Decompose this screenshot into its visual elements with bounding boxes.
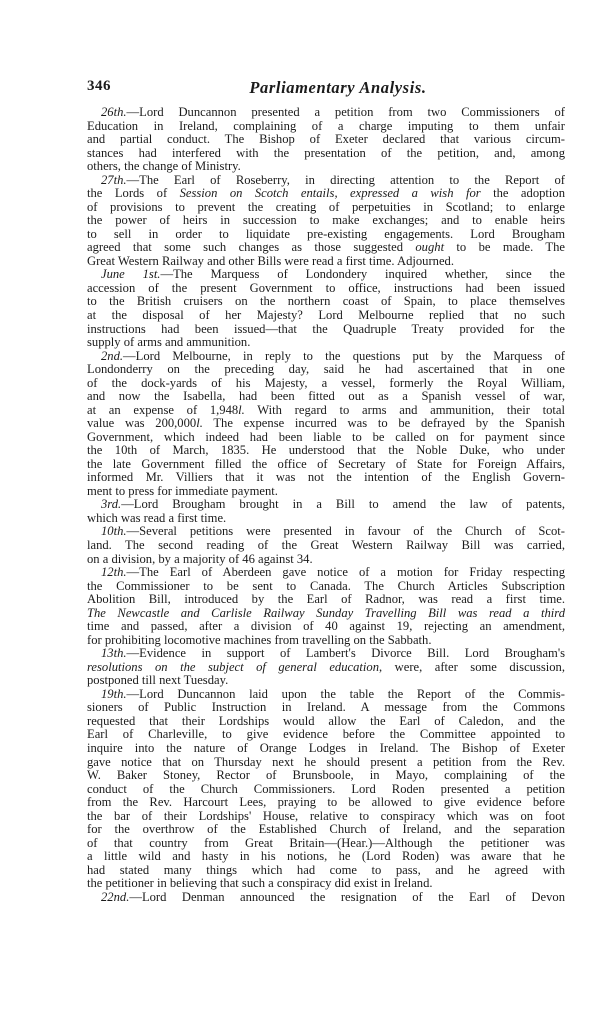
paragraph-line: The Newcastle and Carlisle Railway Sunda… — [87, 607, 565, 621]
text-segment: postponed till next Tuesday. — [87, 673, 228, 687]
text-segment: —Lord Duncannon laid upon the table the … — [127, 687, 565, 701]
running-title: Parliamentary Analysis. — [87, 78, 565, 98]
text-segment: Session on Scotch entails, expressed a w… — [180, 186, 481, 200]
paragraph-line: of that country from Great Britain—(Hear… — [87, 837, 565, 851]
text-segment: W. Baker Stoney, Rector of Brunsboole, i… — [87, 768, 565, 782]
paragraph-line: to sell in order to liquidate pre-existi… — [87, 228, 565, 242]
paragraph-entry: June 1st.—The Marquess of Londondery inq… — [87, 268, 565, 349]
paragraph-line: Great Western Railway and other Bills we… — [87, 255, 565, 269]
text-segment: the adoption — [481, 186, 565, 200]
paragraph-entry: 13th.—Evidence in support of Lambert's D… — [87, 647, 565, 688]
paragraph-line: ment to press for immediate payment. — [87, 485, 565, 499]
text-segment: gave notice that on Thursday next he sho… — [87, 755, 565, 769]
entry-date: 26th. — [101, 105, 127, 119]
text-segment: to be made. The — [444, 240, 565, 254]
text-segment: of the dock-yards of his Majesty, a vess… — [87, 376, 565, 390]
text-segment: The Newcastle and Carlisle Railway Sunda… — [87, 606, 565, 620]
text-segment: the power of heirs in succession to make… — [87, 213, 565, 227]
paragraph-line: and now the Isabella, had been fitted ou… — [87, 390, 565, 404]
text-segment: conduct of the Church Commissioners. Lor… — [87, 782, 565, 796]
text-segment: Government, which indeed had been liable… — [87, 430, 565, 444]
paragraph-line: informed Mr. Villiers that it was not th… — [87, 471, 565, 485]
paragraph-line: the late Government filled the office of… — [87, 458, 565, 472]
entry-date: 27th. — [101, 173, 127, 187]
text-segment: stances had interfered with the presenta… — [87, 146, 565, 160]
document-page: 346 Parliamentary Analysis. 26th.—Lord D… — [0, 0, 591, 1024]
paragraph-line: which was read a first time. — [87, 512, 565, 526]
entry-date: 13th. — [101, 646, 127, 660]
paragraph-first-line: 10th.—Several petitions were presented i… — [87, 525, 565, 539]
paragraph-line: resolutions on the subject of general ed… — [87, 661, 565, 675]
text-segment: of provisions to prevent the creating of… — [87, 200, 565, 214]
text-segment: —The Marquess of Londondery inquired whe… — [160, 267, 565, 281]
paragraph-line: for prohibiting locomotive machines from… — [87, 634, 565, 648]
paragraph-first-line: 19th.—Lord Duncannon laid upon the table… — [87, 688, 565, 702]
text-segment: value was 200,000 — [87, 416, 196, 430]
paragraph-line: postponed till next Tuesday. — [87, 674, 565, 688]
paragraph-line: conduct of the Church Commissioners. Lor… — [87, 783, 565, 797]
text-segment: The expense incurred was to be defrayed … — [203, 416, 565, 430]
body-text: 26th.—Lord Duncannon presented a petitio… — [87, 106, 565, 904]
text-segment: resolutions on the subject of general ed… — [87, 660, 379, 674]
paragraph-line: the power of heirs in succession to make… — [87, 214, 565, 228]
paragraph-first-line: 12th.—The Earl of Aberdeen gave notice o… — [87, 566, 565, 580]
text-segment: the late Government filled the office of… — [87, 457, 565, 471]
entry-date: 19th. — [101, 687, 127, 701]
entry-date: June 1st. — [101, 267, 160, 281]
text-segment: had stated many things which had come to… — [87, 863, 565, 877]
text-segment: for the overthrow of the Established Chu… — [87, 822, 565, 836]
paragraph-line: supply of arms and ammunition. — [87, 336, 565, 350]
paragraph-entry: 27th.—The Earl of Roseberry, in directin… — [87, 174, 565, 269]
text-segment: supply of arms and ammunition. — [87, 335, 250, 349]
paragraph-line: from the Rev. Harcourt Lees, praying to … — [87, 796, 565, 810]
paragraph-first-line: 13th.—Evidence in support of Lambert's D… — [87, 647, 565, 661]
text-segment: —Lord Melbourne, in reply to the questio… — [123, 349, 565, 363]
paragraph-line: for the overthrow of the Established Chu… — [87, 823, 565, 837]
paragraph-first-line: 2nd.—Lord Melbourne, in reply to the que… — [87, 350, 565, 364]
text-segment: the petitioner in believing that such a … — [87, 876, 433, 890]
paragraph-first-line: 22nd.—Lord Denman announced the resignat… — [87, 891, 565, 905]
paragraph-entry: 22nd.—Lord Denman announced the resignat… — [87, 891, 565, 905]
text-segment: agreed that some such changes as those s… — [87, 240, 415, 254]
text-segment: —The Earl of Roseberry, in directing att… — [127, 173, 565, 187]
text-segment: a little wild and hasty in his notions, … — [87, 849, 565, 863]
paragraph-entry: 12th.—The Earl of Aberdeen gave notice o… — [87, 566, 565, 647]
paragraph-line: inquire into the nature of Orange Lodges… — [87, 742, 565, 756]
text-segment: time and passed, after a division of 40 … — [87, 619, 565, 633]
paragraph-line: gave notice that on Thursday next he sho… — [87, 756, 565, 770]
text-segment: for prohibiting locomotive machines from… — [87, 633, 432, 647]
paragraph-first-line: 26th.—Lord Duncannon presented a petitio… — [87, 106, 565, 120]
text-segment: Abolition Bill, introduced by the Earl o… — [87, 592, 565, 606]
text-segment: —The Earl of Aberdeen gave notice of a m… — [127, 565, 565, 579]
text-segment: land. The second reading of the Great We… — [87, 538, 565, 552]
text-segment: Education in Ireland, complaining of a c… — [87, 119, 565, 133]
paragraph-first-line: 3rd.—Lord Brougham brought in a Bill to … — [87, 498, 565, 512]
paragraph-line: Earl of Charleville, to give evidence be… — [87, 728, 565, 742]
text-segment: of that country from Great Britain—(Hear… — [87, 836, 565, 850]
paragraph-first-line: June 1st.—The Marquess of Londondery inq… — [87, 268, 565, 282]
text-segment: on a division, by a majority of 46 again… — [87, 552, 313, 566]
text-segment: from the Rev. Harcourt Lees, praying to … — [87, 795, 565, 809]
text-segment: —Several petitions were presented in fav… — [127, 524, 565, 538]
paragraph-line: sioners of Public Instruction in Ireland… — [87, 701, 565, 715]
text-segment: With regard to arms and ammunition, thei… — [245, 403, 565, 417]
paragraph-line: the Lords of Session on Scotch entails, … — [87, 187, 565, 201]
text-segment: l. — [238, 403, 245, 417]
paragraph-entry: 2nd.—Lord Melbourne, in reply to the que… — [87, 350, 565, 499]
text-segment: —Lord Duncannon presented a petition fro… — [127, 105, 565, 119]
paragraph-line: Education in Ireland, complaining of a c… — [87, 120, 565, 134]
paragraph-line: on a division, by a majority of 46 again… — [87, 553, 565, 567]
paragraph-line: stances had interfered with the presenta… — [87, 147, 565, 161]
running-head: 346 Parliamentary Analysis. — [87, 78, 565, 98]
text-segment: informed Mr. Villiers that it was not th… — [87, 470, 565, 484]
entry-date: 22nd. — [101, 890, 129, 904]
entry-date: 10th. — [101, 524, 127, 538]
paragraph-line: Government, which indeed had been liable… — [87, 431, 565, 445]
paragraph-line: agreed that some such changes as those s… — [87, 241, 565, 255]
text-segment: ought — [415, 240, 444, 254]
text-segment: Earl of Charleville, to give evidence be… — [87, 727, 565, 741]
text-segment: requested that their Lordships would all… — [87, 714, 565, 728]
text-segment: —Evidence in support of Lambert's Divorc… — [127, 646, 565, 660]
paragraph-line: accession of the present Government to o… — [87, 282, 565, 296]
text-segment: instructions had been issued—that the Qu… — [87, 322, 565, 336]
paragraph-line: the bar of their Lordships' House, relat… — [87, 810, 565, 824]
text-segment: inquire into the nature of Orange Lodges… — [87, 741, 565, 755]
paragraph-line: the 10th of March, 1835. He understood t… — [87, 444, 565, 458]
text-segment: to sell in order to liquidate pre-existi… — [87, 227, 565, 241]
text-segment: accession of the present Government to o… — [87, 281, 565, 295]
text-segment: and partial conduct. The Bishop of Exete… — [87, 132, 565, 146]
paragraph-line: instructions had been issued—that the Qu… — [87, 323, 565, 337]
text-segment: ment to press for immediate payment. — [87, 484, 278, 498]
paragraph-entry: 3rd.—Lord Brougham brought in a Bill to … — [87, 498, 565, 525]
text-segment: l. — [196, 416, 203, 430]
text-segment: —Lord Brougham brought in a Bill to amen… — [121, 497, 565, 511]
text-segment: to the British cruisers on the northern … — [87, 294, 565, 308]
text-segment: Londonderry on the preceding day, said h… — [87, 362, 565, 376]
paragraph-entry: 19th.—Lord Duncannon laid upon the table… — [87, 688, 565, 891]
text-segment: , were, after some discussion, — [379, 660, 565, 674]
paragraph-line: Londonderry on the preceding day, said h… — [87, 363, 565, 377]
paragraph-line: W. Baker Stoney, Rector of Brunsboole, i… — [87, 769, 565, 783]
entry-date: 2nd. — [101, 349, 123, 363]
text-segment: Great Western Railway and other Bills we… — [87, 254, 454, 268]
paragraph-line: the petitioner in believing that such a … — [87, 877, 565, 891]
paragraph-line: time and passed, after a division of 40 … — [87, 620, 565, 634]
text-segment: the bar of their Lordships' House, relat… — [87, 809, 565, 823]
paragraph-entry: 10th.—Several petitions were presented i… — [87, 525, 565, 566]
paragraph-line: requested that their Lordships would all… — [87, 715, 565, 729]
paragraph-line: at the disposal of her Majesty? Lord Mel… — [87, 309, 565, 323]
paragraph-line: the Commissioner to be sent to Canada. T… — [87, 580, 565, 594]
text-segment: the Lords of — [87, 186, 180, 200]
text-segment: sioners of Public Instruction in Ireland… — [87, 700, 565, 714]
paragraph-line: a little wild and hasty in his notions, … — [87, 850, 565, 864]
text-segment: the 10th of March, 1835. He understood t… — [87, 443, 565, 457]
paragraph-entry: 26th.—Lord Duncannon presented a petitio… — [87, 106, 565, 174]
paragraph-line: had stated many things which had come to… — [87, 864, 565, 878]
paragraph-line: Abolition Bill, introduced by the Earl o… — [87, 593, 565, 607]
entry-date: 12th. — [101, 565, 127, 579]
paragraph-first-line: 27th.—The Earl of Roseberry, in directin… — [87, 174, 565, 188]
text-segment: the Commissioner to be sent to Canada. T… — [87, 579, 565, 593]
paragraph-line: others, the change of Ministry. — [87, 160, 565, 174]
text-segment: at an expense of 1,948 — [87, 403, 238, 417]
paragraph-line: at an expense of 1,948l. With regard to … — [87, 404, 565, 418]
paragraph-line: value was 200,000l. The expense incurred… — [87, 417, 565, 431]
paragraph-line: land. The second reading of the Great We… — [87, 539, 565, 553]
text-segment: which was read a first time. — [87, 511, 226, 525]
paragraph-line: of provisions to prevent the creating of… — [87, 201, 565, 215]
paragraph-line: to the British cruisers on the northern … — [87, 295, 565, 309]
paragraph-line: of the dock-yards of his Majesty, a vess… — [87, 377, 565, 391]
text-segment: —Lord Denman announced the resignation o… — [129, 890, 565, 904]
paragraph-line: and partial conduct. The Bishop of Exete… — [87, 133, 565, 147]
text-segment: and now the Isabella, had been fitted ou… — [87, 389, 565, 403]
text-segment: at the disposal of her Majesty? Lord Mel… — [87, 308, 565, 322]
entry-date: 3rd. — [101, 497, 121, 511]
text-segment: others, the change of Ministry. — [87, 159, 241, 173]
